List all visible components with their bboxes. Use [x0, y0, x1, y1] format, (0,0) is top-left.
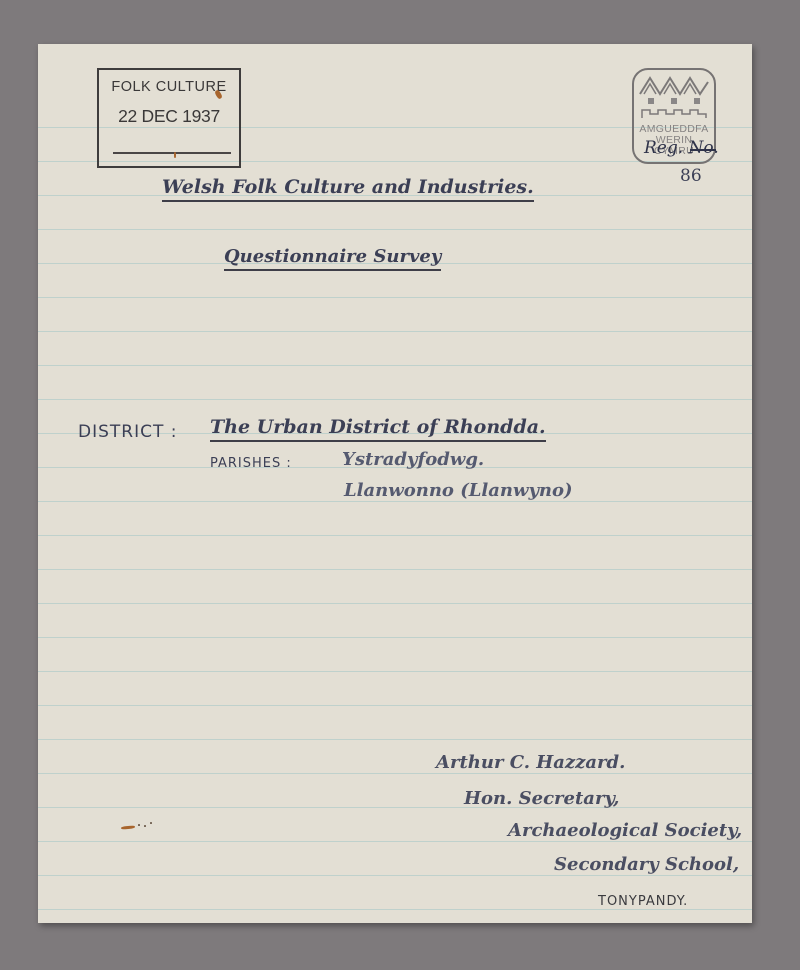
ink-dot — [144, 825, 146, 827]
ruled-line — [38, 637, 752, 638]
ruled-line — [38, 841, 752, 842]
questionnaire-cover-page: FOLK CULTURE 22 DEC 1937 AMGUEDDFA WERIN… — [38, 44, 752, 923]
ruled-line — [38, 671, 752, 672]
ink-dot — [150, 822, 152, 824]
ruled-line — [38, 705, 752, 706]
signatory-role: Hon. Secretary, — [464, 788, 619, 809]
rust-spot — [174, 152, 176, 158]
registration-annotation: Reg. No. — [644, 138, 719, 158]
ruled-line — [38, 297, 752, 298]
parish-item: Ystradyfodwg. — [342, 449, 484, 470]
ruled-line — [38, 739, 752, 740]
ruled-line — [38, 501, 752, 502]
signatory-institution: Secondary School, — [554, 854, 739, 875]
castle-emblem-icon — [638, 74, 710, 124]
document-subtitle: Questionnaire Survey — [224, 246, 441, 271]
ruled-line — [38, 535, 752, 536]
ruled-line — [38, 875, 752, 876]
stamp-signature-line — [113, 152, 231, 154]
registration-number: 86 — [680, 166, 702, 186]
ruled-line — [38, 399, 752, 400]
district-value: The Urban District of Rhondda. — [210, 416, 546, 442]
stamp-date: 22 DEC 1937 — [99, 106, 239, 127]
ruled-line — [38, 229, 752, 230]
rust-smudge — [121, 825, 135, 829]
signatory-organisation: Archaeological Society, — [508, 820, 742, 841]
ruled-line — [38, 365, 752, 366]
folk-culture-date-stamp: FOLK CULTURE 22 DEC 1937 — [97, 68, 241, 168]
ruled-line — [38, 331, 752, 332]
signatory-name: Arthur C. Hazzard. — [436, 752, 625, 773]
ruled-line — [38, 569, 752, 570]
parish-item: Llanwonno (Llanwyno) — [344, 480, 573, 501]
ink-dot — [138, 824, 140, 826]
signatory-place: TONYPANDY. — [598, 894, 688, 909]
ruled-line — [38, 807, 752, 808]
district-label: DISTRICT : — [78, 422, 178, 442]
document-title: Welsh Folk Culture and Industries. — [162, 176, 534, 202]
ruled-line — [38, 909, 752, 910]
strikethrough-mark — [690, 149, 716, 151]
parishes-label: PARISHES : — [210, 456, 292, 471]
ruled-line — [38, 773, 752, 774]
ruled-line — [38, 603, 752, 604]
